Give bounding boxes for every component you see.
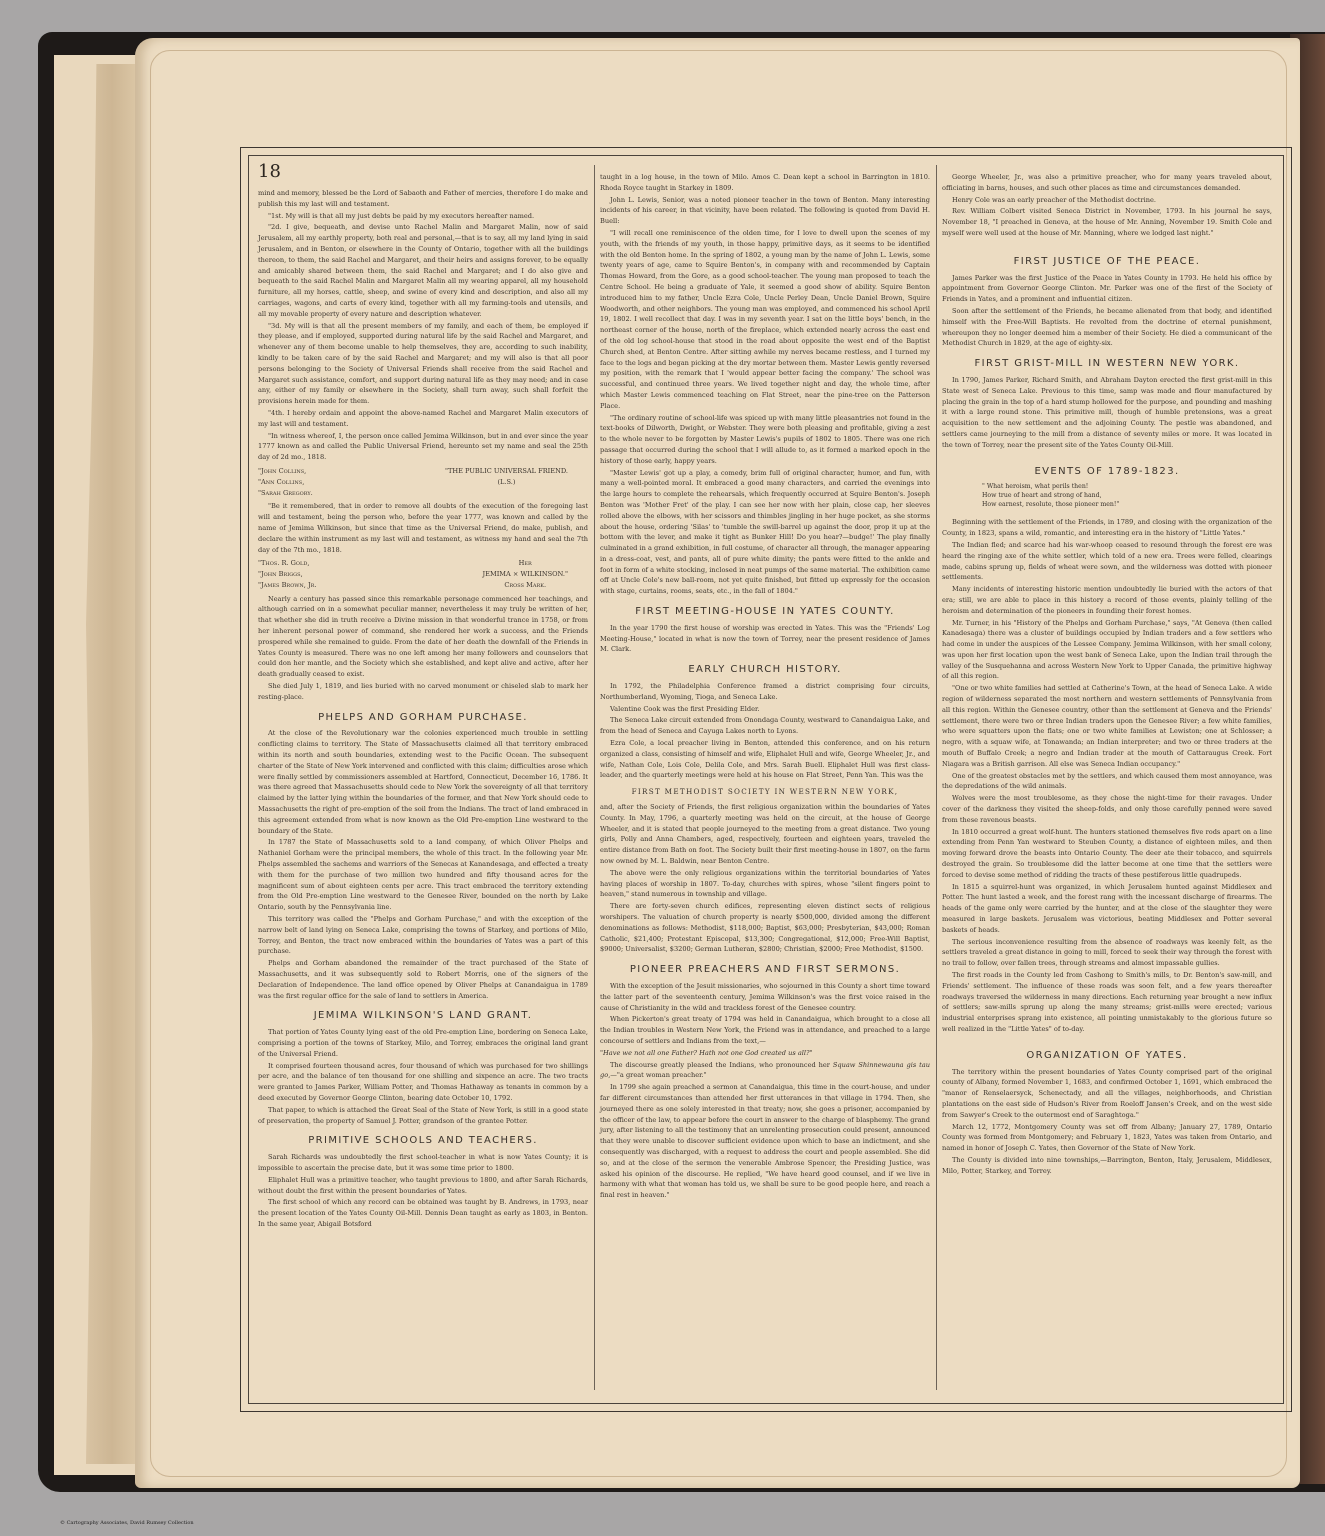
paragraph: John L. Lewis, Senior, was a noted pione… <box>600 195 930 227</box>
paragraph: Nearly a century has passed since this r… <box>258 594 588 680</box>
signature: "THE PUBLIC UNIVERSAL FRIEND. (L.S.) <box>445 466 588 498</box>
section-heading: FIRST JUSTICE OF THE PEACE. <box>942 257 1272 268</box>
paragraph: Soon after the settlement of the Friends… <box>942 306 1272 349</box>
translation: —"a great woman preacher." <box>610 1071 706 1079</box>
section-heading: EVENTS OF 1789-1823. <box>942 467 1272 478</box>
poem-line: " What heroism, what perils then! <box>982 482 1272 491</box>
paragraph: Valentine Cook was the first Presiding E… <box>600 704 930 715</box>
copyright-credit: © Cartography Associates, David Rumsey C… <box>60 1520 194 1526</box>
paragraph: At the close of the Revolutionary war th… <box>258 728 588 836</box>
paragraph: "1st. My will is that all my just debts … <box>258 211 588 222</box>
section-heading: FIRST GRIST-MILL IN WESTERN NEW YORK. <box>942 359 1272 370</box>
paragraph: taught in a log house, in the town of Mi… <box>600 172 930 194</box>
paragraph: It comprised fourteen thousand acres, fo… <box>258 1061 588 1104</box>
quote-text: "Have we not all one Father? Hath not on… <box>600 1049 813 1057</box>
paragraph: When Pickerton's great treaty of 1794 wa… <box>600 1014 930 1046</box>
paragraph: Wolves were the most troublesome, as the… <box>942 793 1272 825</box>
witness-name: "John Collins, <box>258 466 313 477</box>
paragraph: That paper, to which is attached the Gre… <box>258 1105 588 1127</box>
paragraph: Sarah Richards was undoubtedly the first… <box>258 1152 588 1174</box>
column-divider <box>594 165 595 1390</box>
paragraph: "3d. My will is that all the present mem… <box>258 321 588 407</box>
column-divider <box>936 165 937 1390</box>
paragraph: The above were the only religious organi… <box>600 868 930 900</box>
witness-name: "James Brown, Jr. <box>258 580 317 591</box>
paragraph: The County is divided into nine township… <box>942 1155 1272 1177</box>
paragraph: In the year 1790 the first house of wors… <box>600 623 930 655</box>
page-number: 18 <box>258 160 588 184</box>
paragraph: "4th. I hereby ordain and appoint the ab… <box>258 408 588 430</box>
signature: Her JEMIMA × WILKINSON." Cross Mark. <box>482 558 588 590</box>
paragraph: and, after the Society of Friends, the f… <box>600 802 930 867</box>
paragraph: In 1787 the State of Massachusetts sold … <box>258 837 588 913</box>
paragraph: One of the greatest obstacles met by the… <box>942 771 1272 793</box>
paragraph: The territory within the present boundar… <box>942 1067 1272 1121</box>
paragraph: In 1792, the Philadelphia Conference fra… <box>600 681 930 703</box>
section-heading: FIRST MEETING-HOUSE IN YATES COUNTY. <box>600 607 930 618</box>
subsection-heading: FIRST METHODIST SOCIETY IN WESTERN NEW Y… <box>600 787 930 798</box>
poem-line: How true of heart and strong of hand, <box>982 491 1272 500</box>
paragraph: The first school of which any record can… <box>258 1197 588 1229</box>
signature-line: "THE PUBLIC UNIVERSAL FRIEND. <box>445 466 568 477</box>
signature-line: Cross Mark. <box>482 580 568 591</box>
paragraph: "I will recall one reminiscence of the o… <box>600 228 930 412</box>
section-heading: PRIMITIVE SCHOOLS AND TEACHERS. <box>258 1136 588 1147</box>
paragraph: Mr. Turner, in his "History of the Phelp… <box>942 618 1272 683</box>
section-heading: EARLY CHURCH HISTORY. <box>600 665 930 676</box>
paragraph: She died July 1, 1819, and lies buried w… <box>258 681 588 703</box>
paragraph: In 1799 she again preached a sermon at C… <box>600 1082 930 1201</box>
paragraph: mind and memory, blessed be the Lord of … <box>258 188 588 210</box>
paragraph: The first roads in the County led from C… <box>942 970 1272 1035</box>
paragraph: In 1790, James Parker, Richard Smith, an… <box>942 375 1272 451</box>
section-heading: ORGANIZATION OF YATES. <box>942 1051 1272 1062</box>
paragraph: The discourse greatly pleased the Indian… <box>600 1060 930 1082</box>
section-heading: PHELPS AND GORHAM PURCHASE. <box>258 713 588 724</box>
paragraph: George Wheeler, Jr., was also a primitiv… <box>942 172 1272 194</box>
paragraph: The Seneca Lake circuit extended from On… <box>600 715 930 737</box>
paragraph: "In witness whereof, I, the person once … <box>258 431 588 463</box>
paragraph: "Be it remembered, that in order to remo… <box>258 501 588 555</box>
paragraph: Beginning with the settlement of the Fri… <box>942 517 1272 539</box>
paragraph: Henry Cole was an early preacher of the … <box>942 195 1272 206</box>
signature-line: JEMIMA × WILKINSON." <box>482 569 568 580</box>
paragraph: Phelps and Gorham abandoned the remainde… <box>258 958 588 1001</box>
poem-line: How earnest, resolute, those pioneer men… <box>982 500 1272 509</box>
paragraph: "One or two white families had settled a… <box>942 683 1272 769</box>
signature-line: (L.S.) <box>445 477 568 488</box>
paragraph: Ezra Cole, a local preacher living in Be… <box>600 738 930 781</box>
poem-epigraph: " What heroism, what perils then! How tr… <box>982 482 1272 509</box>
signature-line: Her <box>482 558 568 569</box>
column-2: taught in a log house, in the town of Mi… <box>600 172 930 1202</box>
paragraph: March 12, 1772, Montgomery County was se… <box>942 1122 1272 1154</box>
witness-list: "John Collins, "Ann Collins, "Sarah Greg… <box>258 466 313 498</box>
paragraph: That portion of Yates County lying east … <box>258 1027 588 1059</box>
witness-name: "John Briggs, <box>258 569 317 580</box>
paragraph: "Master Lewis' got up a play, a comedy, … <box>600 468 930 598</box>
paragraph: "2d. I give, bequeath, and devise unto R… <box>258 222 588 319</box>
paragraph: The Indian fled; and scarce had his war-… <box>942 540 1272 583</box>
witness-name: "Sarah Gregory. <box>258 488 313 499</box>
column-1: 18 mind and memory, blessed be the Lord … <box>258 158 588 1231</box>
paragraph: This territory was called the "Phelps an… <box>258 914 588 957</box>
column-3: George Wheeler, Jr., was also a primitiv… <box>942 172 1272 1178</box>
paragraph: With the exception of the Jesuit mission… <box>600 981 930 1013</box>
paragraph: James Parker was the first Justice of th… <box>942 273 1272 305</box>
paragraph: In 1810 occurred a great wolf-hunt. The … <box>942 827 1272 881</box>
paragraph: There are forty-seven church edifices, r… <box>600 901 930 955</box>
paragraph: In 1815 a squirrel-hunt was organized, i… <box>942 882 1272 936</box>
paragraph: "The ordinary routine of school-life was… <box>600 413 930 467</box>
signature-block: "Thos. R. Gold, "John Briggs, "James Bro… <box>258 558 588 590</box>
paragraph-text: The discourse greatly pleased the Indian… <box>610 1061 830 1069</box>
paragraph: Rev. William Colbert visited Seneca Dist… <box>942 206 1272 238</box>
witness-name: "Thos. R. Gold, <box>258 558 317 569</box>
section-heading: JEMIMA WILKINSON'S LAND GRANT. <box>258 1011 588 1022</box>
signature-block: "John Collins, "Ann Collins, "Sarah Greg… <box>258 466 588 498</box>
quote: "Have we not all one Father? Hath not on… <box>600 1048 930 1059</box>
section-heading: PIONEER PREACHERS AND FIRST SERMONS. <box>600 965 930 976</box>
paragraph: The serious inconvenience resulting from… <box>942 937 1272 969</box>
paragraph: Eliphalet Hull was a primitive teacher, … <box>258 1175 588 1197</box>
witness-name: "Ann Collins, <box>258 477 313 488</box>
witness-list: "Thos. R. Gold, "John Briggs, "James Bro… <box>258 558 317 590</box>
paragraph: Many incidents of interesting historic m… <box>942 584 1272 616</box>
